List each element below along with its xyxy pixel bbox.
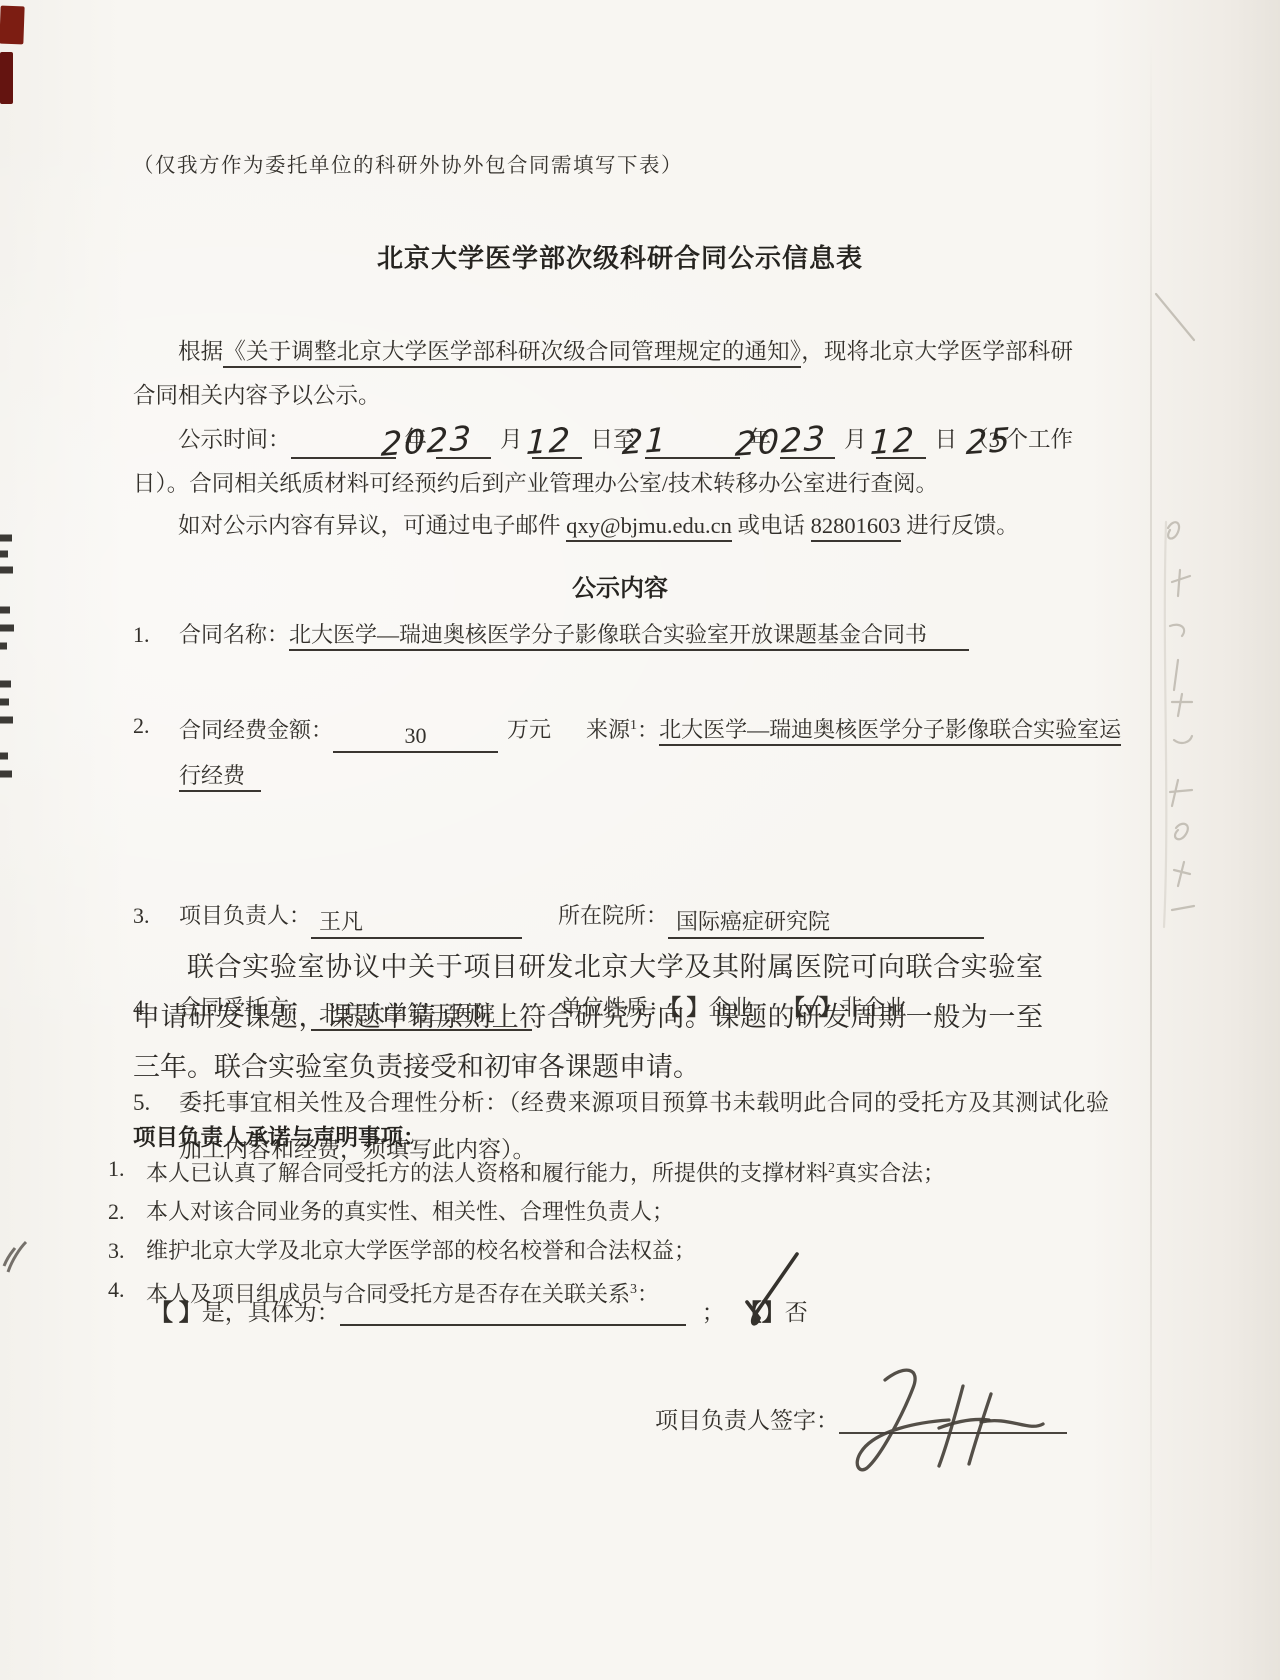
section-heading: 公示内容 <box>0 568 1240 603</box>
item-number: 4. <box>108 1277 125 1302</box>
scanned-document-page: （仅我方作为委托单位的科研外协外包合同需填写下表） 北京大学医学部次级科研合同公… <box>0 0 1280 1680</box>
commitment-text: 本人已认真了解合同受托方的法人资格和履行能力，所提供的支撑材料 <box>146 1160 828 1185</box>
item-number: 1. <box>133 612 150 657</box>
handwritten-signature <box>823 1360 1073 1490</box>
form-scope-note: （仅我方作为委托单位的科研外协外包合同需填写下表） <box>133 148 683 178</box>
signature-label: 项目负责人签字： <box>655 1408 839 1433</box>
leader-label: 项目负责人： <box>179 903 311 928</box>
source-colon: ： <box>637 717 659 742</box>
amount-label: 合同经费金额： <box>179 717 333 742</box>
contract-name-label: 合同名称： <box>179 622 289 647</box>
margin-pen-mark <box>2 1236 30 1278</box>
handwritten-start-day: 21 <box>576 425 668 461</box>
separator: ； <box>702 1300 725 1325</box>
list-item-project-leader: 3.项目负责人：王凡所在院所：国际癌症研究院 <box>133 893 1169 939</box>
commitments-heading: 项目负责人承诺与声明事项： <box>133 1120 426 1152</box>
handwritten-start-year: 2023 <box>335 423 473 463</box>
scan-edge-red-mark <box>0 6 25 45</box>
yes-detail-blank[interactable] <box>340 1294 686 1326</box>
handwritten-end-month: 12 <box>825 425 917 461</box>
commitment-text: 本人对该合同业务的真实性、相关性、合理性负责人； <box>146 1199 674 1224</box>
list-item-contract-name: 1.合同名称：北大医学—瑞迪奥核医学分子影像联合实验室开放课题基金合同书 <box>133 612 1123 657</box>
amount-blank[interactable]: 30 <box>333 721 498 753</box>
feedback-paragraph: 如对公示内容有异议，可通过电子邮件 qxy@bjmu.edu.cn 或电话 82… <box>133 504 1073 548</box>
commitment-item: 1.本人已认真了解合同受托方的法人资格和履行能力，所提供的支撑材料2真实合法； <box>108 1156 1128 1185</box>
scan-edge-red-mark <box>0 52 13 104</box>
intro-paragraph: 根据《关于调整北京大学医学部科研次级合同管理规定的通知》，现将北京大学医学部科研… <box>133 330 1073 418</box>
institute-label: 所在院所： <box>558 903 668 928</box>
handwritten-checkmark <box>733 1248 807 1334</box>
signature-line: 项目负责人签字： <box>655 1402 1067 1435</box>
institute-value[interactable]: 国际癌症研究院 <box>668 907 984 939</box>
handwritten-end-year: 2023 <box>689 423 827 463</box>
list-item-contract-amount: 2.合同经费金额：30万元来源1：北大医学—瑞迪奥核医学分子影像联合实验室运行经… <box>133 703 1123 799</box>
handwritten-start-month: 12 <box>481 425 573 461</box>
item-number: 2. <box>108 1199 125 1224</box>
no-checkbox[interactable]: 【】 <box>739 1294 785 1327</box>
yes-label: 是，具体为： <box>202 1300 340 1325</box>
institute-name: 国际癌症研究院 <box>676 909 830 934</box>
joint-lab-paragraph: 联合实验室协议中关于项目研发北京大学及其附属医院可向联合实验室申请研发课题，课题… <box>133 942 1043 1092</box>
notice-title-underlined: 《关于调整北京大学医学部科研次级合同管理规定的通知》 <box>223 339 801 368</box>
item-number: 1. <box>108 1156 125 1181</box>
item-number: 3. <box>133 893 150 938</box>
amount-unit: 万元 <box>507 717 551 742</box>
commitment-text: 维护北京大学及北京大学医学部的校名校誉和合法权益； <box>146 1238 696 1263</box>
feedback-post: 进行反馈。 <box>901 513 1019 538</box>
footnote-sup: 2 <box>828 1161 835 1176</box>
feedback-mid: 或电话 <box>732 513 811 538</box>
relation-answer-line: 【 】是，具体为：；【】否 <box>150 1294 808 1327</box>
feedback-email[interactable]: qxy@bjmu.edu.cn <box>566 513 732 542</box>
intro-lead: 根据 <box>178 339 223 364</box>
item-number: 3. <box>108 1238 125 1263</box>
start-year-blank[interactable]: 2023 <box>291 427 396 459</box>
source-footnote-sup: 1 <box>630 718 637 733</box>
contract-name-value: 北大医学—瑞迪奥核医学分子影像联合实验室开放课题基金合同书 <box>289 622 969 651</box>
period-label: 公示时间： <box>178 427 291 452</box>
document-title: 北京大学医学部次级科研合同公示信息表 <box>0 238 1240 275</box>
leader-name: 王凡 <box>319 909 363 934</box>
margin-handwriting-scribble <box>1128 282 1238 982</box>
amount-value: 30 <box>405 723 427 748</box>
commitment-text: 真实合法； <box>835 1160 945 1185</box>
commitment-item: 3.维护北京大学及北京大学医学部的校名校誉和合法权益； <box>108 1238 1128 1263</box>
yes-checkbox[interactable]: 【 】 <box>150 1300 202 1325</box>
publicity-period-paragraph: 公示时间：2023年12月21日至2023年12月25日（3 个工作日）。合同相… <box>133 418 1073 506</box>
leader-value[interactable]: 王凡 <box>311 907 522 939</box>
feedback-pre: 如对公示内容有异议，可通过电子邮件 <box>178 513 566 538</box>
feedback-phone: 82801603 <box>811 513 901 542</box>
commitment-item: 2.本人对该合同业务的真实性、相关性、合理性负责人； <box>108 1199 1128 1224</box>
item-number: 2. <box>133 703 150 749</box>
handwritten-end-day: 25 <box>920 425 1012 461</box>
source-label: 来源 <box>586 717 630 742</box>
